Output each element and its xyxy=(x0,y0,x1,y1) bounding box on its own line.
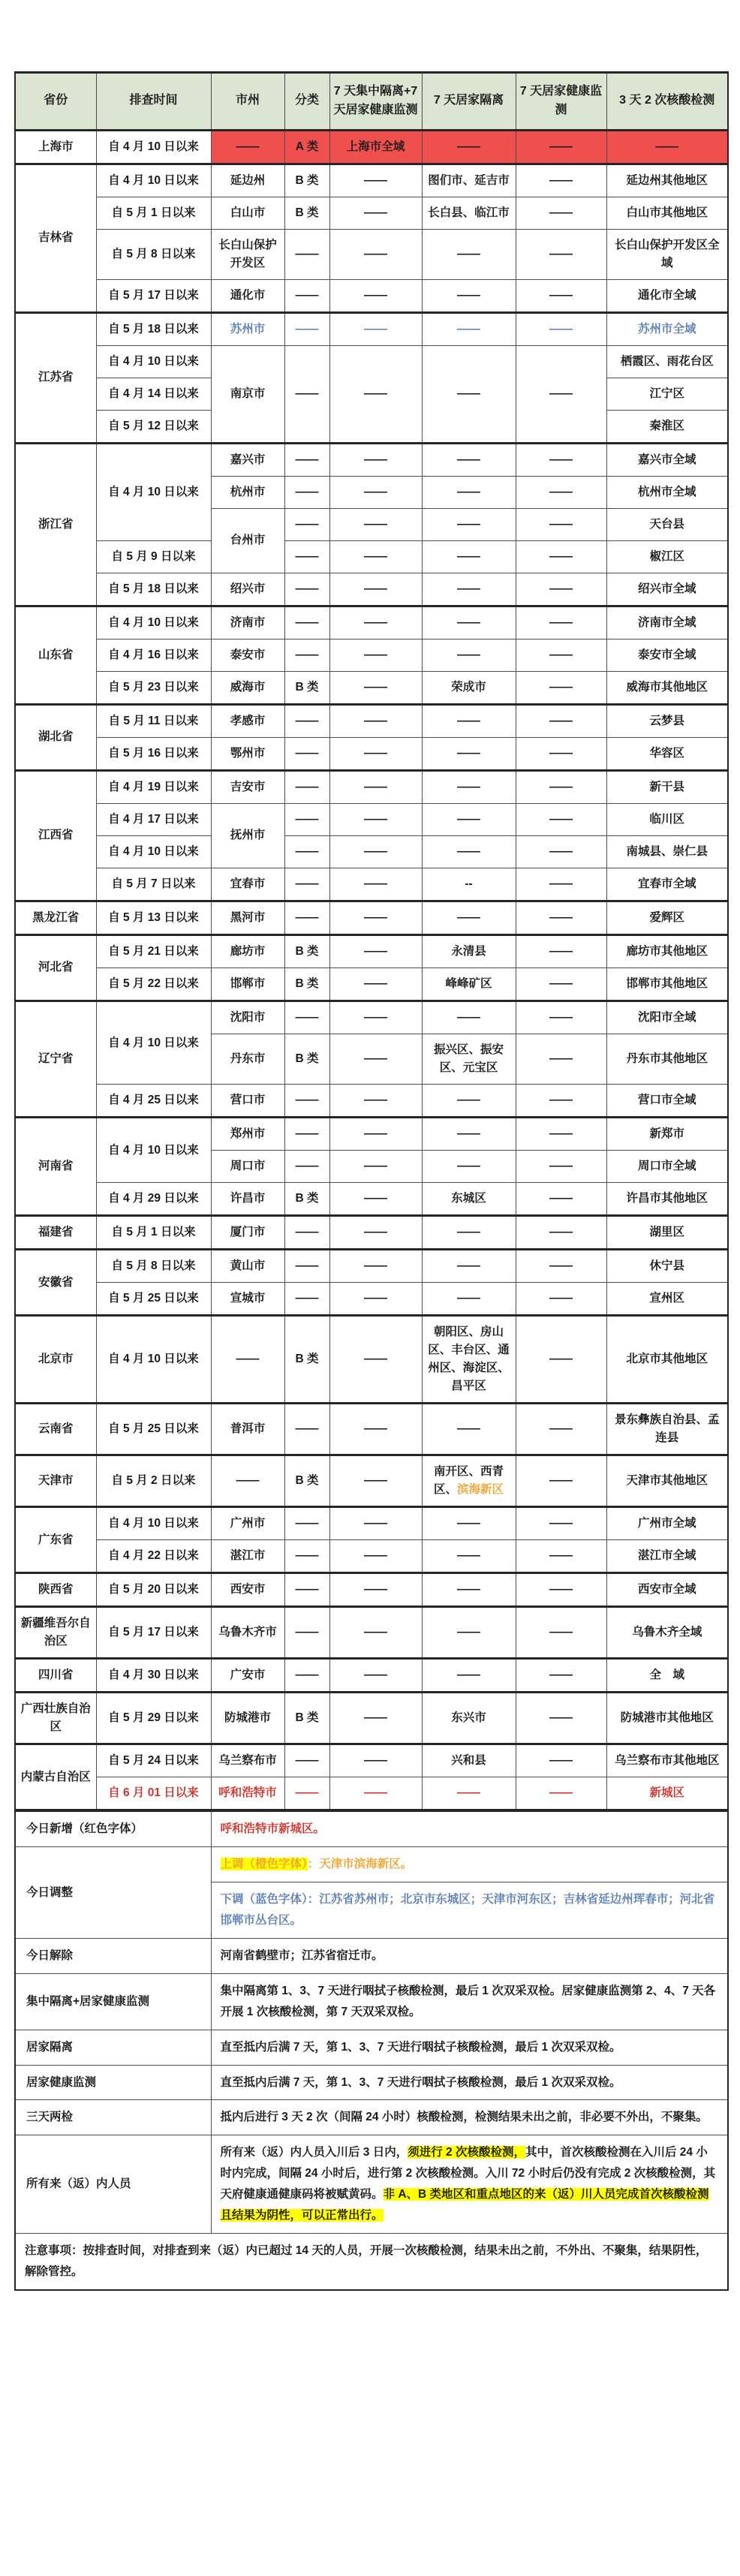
province-cell: 江苏省 xyxy=(15,312,96,443)
date-cell: 自 5 月 2 日以来 xyxy=(96,1455,211,1507)
category-cell: B 类 xyxy=(284,197,329,229)
home-monitoring-cell: —— xyxy=(516,968,606,1001)
nat-cell: 周口市全域 xyxy=(606,1151,728,1183)
central-quarantine-cell: —— xyxy=(329,639,422,671)
city-cell: 绍兴市 xyxy=(211,573,284,606)
home-quarantine-cell: —— xyxy=(422,1118,516,1151)
date-cell: 自 5 月 11 日以来 xyxy=(96,704,211,737)
date-cell: 自 5 月 7 日以来 xyxy=(96,868,211,901)
city-cell: 西安市 xyxy=(211,1573,284,1607)
nat-cell: 济南市全域 xyxy=(606,606,728,639)
home-quarantine-cell: —— xyxy=(422,606,516,639)
central-quarantine-cell: —— xyxy=(329,671,422,704)
row-jiangsu-nanjing-1: 自 4 月 10 日以来 南京市 —— —— —— —— 栖霞区、雨花台区 xyxy=(15,345,728,378)
city-cell: 营口市 xyxy=(211,1085,284,1118)
central-quarantine-cell: —— xyxy=(329,1250,422,1283)
row-shaanxi-xian: 陕西省 自 5 月 20 日以来 西安市 —— —— —— —— 西安市全域 xyxy=(15,1573,728,1607)
city-cell: 黑河市 xyxy=(211,901,284,934)
province-cell: 新疆维吾尔自治区 xyxy=(15,1607,96,1659)
category-cell: B 类 xyxy=(284,934,329,968)
central-quarantine-cell: —— xyxy=(329,868,422,901)
home-quarantine-cell: —— xyxy=(422,1540,516,1573)
central-quarantine-cell: —— xyxy=(329,1777,422,1810)
date-cell: 自 4 月 14 日以来 xyxy=(96,378,211,410)
central-quarantine-rule-label: 集中隔离+居家健康监测 xyxy=(15,1973,211,2030)
row-neimenggu-wulanchabu: 内蒙古自治区 自 5 月 24 日以来 乌兰察布市 —— —— 兴和县 —— 乌… xyxy=(15,1744,728,1777)
adjust-up-value-text: ：天津市滨海新区。 xyxy=(308,1858,413,1870)
home-monitoring-cell: —— xyxy=(516,1540,606,1573)
home-monitoring-rule-label: 居家健康监测 xyxy=(15,2065,211,2100)
home-monitoring-cell: —— xyxy=(516,770,606,803)
home-quarantine-cell: —— xyxy=(422,1216,516,1250)
central-quarantine-cell: —— xyxy=(329,968,422,1001)
home-monitoring-cell: —— xyxy=(516,1507,606,1540)
central-quarantine-cell: —— xyxy=(329,1118,422,1151)
home-monitoring-cell: —— xyxy=(516,1659,606,1693)
home-quarantine-cell: —— xyxy=(422,1151,516,1183)
notes-table: 今日新增（红色字体） 呼和浩特市新城区。 今日调整 上调（橙色字体）：天津市滨海… xyxy=(14,1810,729,2290)
nat-cell: —— xyxy=(606,130,728,164)
category-cell: —— xyxy=(284,1540,329,1573)
province-cell: 河南省 xyxy=(15,1118,96,1216)
nat-cell: 威海市其他地区 xyxy=(606,671,728,704)
category-cell: B 类 xyxy=(284,968,329,1001)
central-quarantine-cell: —— xyxy=(329,1085,422,1118)
city-cell: 广安市 xyxy=(211,1659,284,1693)
row-shanghai: 上海市 自 4 月 10 日以来 —— A 类 上海市全域 —— —— —— xyxy=(15,130,728,164)
home-quarantine-rule-label: 居家隔离 xyxy=(15,2030,211,2065)
row-jilin-yanbian: 吉林省 自 4 月 10 日以来 延边州 B 类 —— 图们市、延吉市 —— 延… xyxy=(15,164,728,197)
date-cell: 自 5 月 1 日以来 xyxy=(96,1216,211,1250)
central-quarantine-cell: —— xyxy=(329,1455,422,1507)
category-cell: —— xyxy=(284,803,329,835)
row-all-arrivals-rule: 所有来（返）内人员 所有来（返）内人员入川后 3 日内，须进行 2 次核酸检测，… xyxy=(15,2135,728,2234)
central-quarantine-rule-value: 集中隔离第 1、3、7 天进行咽拭子核酸检测，最后 1 次双采双检。居家健康监测… xyxy=(211,1973,728,2030)
central-quarantine-cell: —— xyxy=(329,1034,422,1085)
home-quarantine-cell: 朝阳区、房山区、丰台区、通州区、海淀区、昌平区 xyxy=(422,1316,516,1404)
home-quarantine-cell: —— xyxy=(422,770,516,803)
home-quarantine-cell: —— xyxy=(422,835,516,868)
col-header-date: 排查时间 xyxy=(96,73,211,131)
city-cell: 郑州市 xyxy=(211,1118,284,1151)
category-cell: —— xyxy=(284,1283,329,1316)
category-cell: —— xyxy=(284,1250,329,1283)
category-cell: —— xyxy=(284,1744,329,1777)
home-monitoring-cell: —— xyxy=(516,573,606,606)
province-cell: 四川省 xyxy=(15,1659,96,1693)
nat-cell: 绍兴市全域 xyxy=(606,573,728,606)
row-henan-zhengzhou: 河南省 自 4 月 10 日以来 郑州市 —— —— —— —— 新郑市 xyxy=(15,1118,728,1151)
home-monitoring-cell: —— xyxy=(516,1183,606,1216)
nat-cell: 休宁县 xyxy=(606,1250,728,1283)
date-cell: 自 4 月 25 日以来 xyxy=(96,1085,211,1118)
nat-cell: 秦淮区 xyxy=(606,410,728,443)
category-cell: —— xyxy=(284,1118,329,1151)
home-monitoring-cell: —— xyxy=(516,1607,606,1659)
row-beijing: 北京市 自 4 月 10 日以来 —— B 类 —— 朝阳区、房山区、丰台区、通… xyxy=(15,1316,728,1404)
date-cell: 自 4 月 10 日以来 xyxy=(96,1118,211,1183)
row-zhejiang-jiaxing: 浙江省 自 4 月 10 日以来 嘉兴市 —— —— —— —— 嘉兴市全域 xyxy=(15,443,728,476)
nat-cell: 北京市其他地区 xyxy=(606,1316,728,1404)
home-quarantine-cell: —— xyxy=(422,312,516,345)
home-monitoring-cell: —— xyxy=(516,835,606,868)
home-quarantine-cell: —— xyxy=(422,639,516,671)
category-cell: —— xyxy=(284,1001,329,1034)
nat-cell: 延边州其他地区 xyxy=(606,164,728,197)
home-monitoring-cell: —— xyxy=(516,639,606,671)
home-quarantine-cell: —— xyxy=(422,540,516,573)
row-jilin-changbaishan: 自 5 月 8 日以来 长白山保护开发区 —— —— —— —— 长白山保护开发… xyxy=(15,229,728,279)
row-guangxi-fangchenggang: 广西壮族自治区 自 5 月 29 日以来 防城港市 B 类 —— 东兴市 —— … xyxy=(15,1693,728,1744)
row-zhejiang-taizhou-2: 自 5 月 9 日以来 —— —— —— —— 椒江区 xyxy=(15,540,728,573)
row-jiangxi-fuzhou-1: 自 4 月 17 日以来 抚州市 —— —— —— —— 临川区 xyxy=(15,803,728,835)
category-cell: —— xyxy=(284,1573,329,1607)
home-quarantine-cell: —— xyxy=(422,229,516,279)
nat-cell: 云梦县 xyxy=(606,704,728,737)
row-three-day-two-test-rule: 三天两检 抵内后进行 3 天 2 次（间隔 24 小时）核酸检测，检测结果未出之… xyxy=(15,2100,728,2135)
row-sichuan-guangan: 四川省 自 4 月 30 日以来 广安市 —— —— —— —— 全 域 xyxy=(15,1659,728,1693)
central-quarantine-cell: —— xyxy=(329,934,422,968)
province-cell: 黑龙江省 xyxy=(15,901,96,934)
nat-cell: 廊坊市其他地区 xyxy=(606,934,728,968)
adjust-up-prefix-text: 上调（橙色字体） xyxy=(221,1858,308,1870)
home-quarantine-cell: 振兴区、振安区、元宝区 xyxy=(422,1034,516,1085)
city-cell: 乌鲁木齐市 xyxy=(211,1607,284,1659)
date-cell: 自 4 月 10 日以来 xyxy=(96,1001,211,1085)
row-new-today: 今日新增（红色字体） 呼和浩特市新城区。 xyxy=(15,1811,728,1846)
category-cell: B 类 xyxy=(284,1693,329,1744)
home-monitoring-cell: —— xyxy=(516,1085,606,1118)
home-quarantine-cell: —— xyxy=(422,508,516,540)
city-cell: 嘉兴市 xyxy=(211,443,284,476)
home-quarantine-cell: —— xyxy=(422,704,516,737)
province-cell: 内蒙古自治区 xyxy=(15,1744,96,1810)
row-anhui-huangshan: 安徽省 自 5 月 8 日以来 黄山市 —— —— —— —— 休宁县 xyxy=(15,1250,728,1283)
row-guangdong-guangzhou: 广东省 自 4 月 10 日以来 广州市 —— —— —— —— 广州市全域 xyxy=(15,1507,728,1540)
date-cell: 自 4 月 10 日以来 xyxy=(96,1507,211,1540)
all-arrivals-label: 所有来（返）内人员 xyxy=(15,2135,211,2234)
row-anhui-xuancheng: 自 5 月 25 日以来 宣城市 —— —— —— —— 宣州区 xyxy=(15,1283,728,1316)
row-notice: 注意事项：按排查时间，对排查到来（返）内已超过 14 天的人员，开展一次核酸检测… xyxy=(15,2233,728,2289)
date-cell: 自 5 月 18 日以来 xyxy=(96,573,211,606)
adjust-up-value: 上调（橙色字体）：天津市滨海新区。 xyxy=(211,1847,728,1882)
nat-cell: 杭州市全域 xyxy=(606,476,728,508)
date-cell: 自 4 月 10 日以来 xyxy=(96,164,211,197)
nat-cell: 栖霞区、雨花台区 xyxy=(606,345,728,378)
city-cell: 周口市 xyxy=(211,1151,284,1183)
col-header-category: 分类 xyxy=(284,73,329,131)
date-cell: 自 5 月 1 日以来 xyxy=(96,197,211,229)
date-cell: 自 5 月 8 日以来 xyxy=(96,1250,211,1283)
province-cell: 北京市 xyxy=(15,1316,96,1404)
city-cell: 苏州市 xyxy=(211,312,284,345)
date-cell: 自 5 月 24 日以来 xyxy=(96,1744,211,1777)
home-monitoring-cell: —— xyxy=(516,606,606,639)
nat-cell: 沈阳市全域 xyxy=(606,1001,728,1034)
home-quarantine-cell: 东兴市 xyxy=(422,1693,516,1744)
home-quarantine-cell: —— xyxy=(422,130,516,164)
home-quarantine-cell: —— xyxy=(422,737,516,770)
home-monitoring-cell: —— xyxy=(516,934,606,968)
home-quarantine-cell: 峰峰矿区 xyxy=(422,968,516,1001)
home-monitoring-cell: —— xyxy=(516,1283,606,1316)
nat-cell: 邯郸市其他地区 xyxy=(606,968,728,1001)
category-cell: B 类 xyxy=(284,1034,329,1085)
nat-cell: 泰安市全域 xyxy=(606,639,728,671)
home-monitoring-cell: —— xyxy=(516,1744,606,1777)
category-cell: —— xyxy=(284,868,329,901)
category-cell: —— xyxy=(284,1404,329,1455)
home-monitoring-cell: —— xyxy=(516,1455,606,1507)
row-tianjin: 天津市 自 5 月 2 日以来 —— B 类 —— 南开区、西青区、滨海新区 —… xyxy=(15,1455,728,1507)
city-cell: 泰安市 xyxy=(211,639,284,671)
nat-cell: 湛江市全域 xyxy=(606,1540,728,1573)
category-cell: —— xyxy=(284,508,329,540)
row-jiangxi-yichun: 自 5 月 7 日以来 宜春市 —— —— -- —— 宜春市全域 xyxy=(15,868,728,901)
home-quarantine-cell: —— xyxy=(422,1507,516,1540)
nat-cell: 华容区 xyxy=(606,737,728,770)
all-arrivals-highlight-1: 须进行 2 次核酸检测， xyxy=(408,2146,525,2159)
province-cell: 安徽省 xyxy=(15,1250,96,1316)
home-quarantine-rule-value: 直至抵内后满 7 天，第 1、3、7 天进行咽拭子核酸检测，最后 1 次双采双检… xyxy=(211,2030,728,2065)
city-cell: 普洱市 xyxy=(211,1404,284,1455)
city-cell: 防城港市 xyxy=(211,1693,284,1744)
home-monitoring-cell: —— xyxy=(516,1573,606,1607)
three-day-two-test-label: 三天两检 xyxy=(15,2100,211,2135)
row-hubei-ezhou: 自 5 月 16 日以来 鄂州市 —— —— —— —— 华容区 xyxy=(15,737,728,770)
city-cell: —— xyxy=(211,1455,284,1507)
province-cell: 江西省 xyxy=(15,770,96,901)
category-cell: —— xyxy=(284,639,329,671)
date-cell: 自 5 月 20 日以来 xyxy=(96,1573,211,1607)
central-quarantine-cell: —— xyxy=(329,901,422,934)
home-monitoring-cell: —— xyxy=(516,901,606,934)
province-cell: 山东省 xyxy=(15,606,96,704)
home-quarantine-cell: —— xyxy=(422,476,516,508)
city-cell: 通化市 xyxy=(211,279,284,312)
category-cell: —— xyxy=(284,443,329,476)
central-quarantine-cell: —— xyxy=(329,1001,422,1034)
central-quarantine-cell: —— xyxy=(329,1216,422,1250)
home-quarantine-cell: 东城区 xyxy=(422,1183,516,1216)
home-quarantine-cell: 长白县、临江市 xyxy=(422,197,516,229)
date-cell: 自 5 月 29 日以来 xyxy=(96,1693,211,1744)
all-arrivals-value: 所有来（返）内人员入川后 3 日内，须进行 2 次核酸检测，其中，首次核酸检测在… xyxy=(211,2135,728,2234)
nat-cell: 许昌市其他地区 xyxy=(606,1183,728,1216)
row-yunnan-puer: 云南省 自 5 月 25 日以来 普洱市 —— —— —— —— 景东彝族自治县… xyxy=(15,1404,728,1455)
nat-cell: 江宁区 xyxy=(606,378,728,410)
nat-cell: 新郑市 xyxy=(606,1118,728,1151)
city-cell: 吉安市 xyxy=(211,770,284,803)
row-liaoning-yingkou: 自 4 月 25 日以来 营口市 —— —— —— —— 营口市全域 xyxy=(15,1085,728,1118)
category-cell: —— xyxy=(284,1216,329,1250)
date-cell: 自 6 月 01 日以来 xyxy=(96,1777,211,1810)
city-cell: 鄂州市 xyxy=(211,737,284,770)
row-hubei-xiaogan: 湖北省 自 5 月 11 日以来 孝感市 —— —— —— —— 云梦县 xyxy=(15,704,728,737)
province-cell: 上海市 xyxy=(15,130,96,164)
province-cell: 浙江省 xyxy=(15,443,96,606)
date-cell: 自 5 月 25 日以来 xyxy=(96,1283,211,1316)
header-row: 省份 排查时间 市州 分类 7 天集中隔离+7 天居家健康监测 7 天居家隔离 … xyxy=(15,73,728,131)
col-header-city: 市州 xyxy=(211,73,284,131)
home-quarantine-cell: —— xyxy=(422,1085,516,1118)
central-quarantine-cell: —— xyxy=(329,229,422,279)
adjust-down-value: 下调（蓝色字体）：江苏省苏州市；北京市东城区；天津市河东区；吉林省延边州珲春市；… xyxy=(211,1882,728,1939)
city-cell: —— xyxy=(211,1316,284,1404)
nat-cell: 景东彝族自治县、孟连县 xyxy=(606,1404,728,1455)
central-quarantine-cell: —— xyxy=(329,1540,422,1573)
home-quarantine-cell: 图们市、延吉市 xyxy=(422,164,516,197)
release-value: 河南省鹤壁市；江苏省宿迁市。 xyxy=(211,1939,728,1974)
city-cell: 宜春市 xyxy=(211,868,284,901)
category-cell: —— xyxy=(284,770,329,803)
home-quarantine-cell: —— xyxy=(422,345,516,443)
province-cell: 云南省 xyxy=(15,1404,96,1455)
province-cell: 吉林省 xyxy=(15,164,96,312)
central-quarantine-cell: —— xyxy=(329,197,422,229)
category-cell: B 类 xyxy=(284,1316,329,1404)
home-quarantine-cell: —— xyxy=(422,279,516,312)
category-cell: B 类 xyxy=(284,671,329,704)
date-cell: 自 4 月 29 日以来 xyxy=(96,1183,211,1216)
page: 省份 排查时间 市州 分类 7 天集中隔离+7 天居家健康监测 7 天居家隔离 … xyxy=(0,0,740,2291)
city-cell: 台州市 xyxy=(211,508,284,573)
category-cell: B 类 xyxy=(284,164,329,197)
date-cell: 自 4 月 19 日以来 xyxy=(96,770,211,803)
city-cell: 厦门市 xyxy=(211,1216,284,1250)
three-day-two-test-value: 抵内后进行 3 天 2 次（间隔 24 小时）核酸检测，检测结果未出之前，非必要… xyxy=(211,2100,728,2135)
central-quarantine-cell: —— xyxy=(329,443,422,476)
central-quarantine-cell: —— xyxy=(329,312,422,345)
city-cell: 抚州市 xyxy=(211,803,284,868)
category-cell: —— xyxy=(284,835,329,868)
home-quarantine-cell: —— xyxy=(422,1404,516,1455)
home-monitoring-cell: —— xyxy=(516,1034,606,1085)
adjust-label: 今日调整 xyxy=(15,1847,211,1939)
city-cell: 沈阳市 xyxy=(211,1001,284,1034)
new-today-label: 今日新增（红色字体） xyxy=(15,1811,211,1846)
city-cell: —— xyxy=(211,130,284,164)
category-cell: A 类 xyxy=(284,130,329,164)
category-cell: —— xyxy=(284,1777,329,1810)
date-cell: 自 5 月 17 日以来 xyxy=(96,279,211,312)
date-cell: 自 4 月 10 日以来 xyxy=(96,443,211,540)
province-cell: 天津市 xyxy=(15,1455,96,1507)
home-quarantine-cell: —— xyxy=(422,573,516,606)
province-cell: 河北省 xyxy=(15,934,96,1001)
home-quarantine-cell: —— xyxy=(422,803,516,835)
date-cell: 自 4 月 10 日以来 xyxy=(96,130,211,164)
central-quarantine-cell: —— xyxy=(329,540,422,573)
city-cell: 延边州 xyxy=(211,164,284,197)
date-cell: 自 4 月 10 日以来 xyxy=(96,606,211,639)
nat-cell: 爱辉区 xyxy=(606,901,728,934)
row-shandong-jinan: 山东省 自 4 月 10 日以来 济南市 —— —— —— —— 济南市全域 xyxy=(15,606,728,639)
nat-cell: 嘉兴市全域 xyxy=(606,443,728,476)
category-cell: —— xyxy=(284,573,329,606)
date-cell: 自 4 月 16 日以来 xyxy=(96,639,211,671)
col-header-home-quarantine: 7 天居家隔离 xyxy=(422,73,516,131)
home-monitoring-cell: —— xyxy=(516,345,606,443)
city-cell: 宣城市 xyxy=(211,1283,284,1316)
central-quarantine-cell: 上海市全域 xyxy=(329,130,422,164)
date-cell: 自 5 月 13 日以来 xyxy=(96,901,211,934)
category-cell: —— xyxy=(284,1151,329,1183)
row-central-quarantine-rule: 集中隔离+居家健康监测 集中隔离第 1、3、7 天进行咽拭子核酸检测，最后 1 … xyxy=(15,1973,728,2030)
central-quarantine-cell: —— xyxy=(329,770,422,803)
home-monitoring-cell: —— xyxy=(516,1216,606,1250)
nat-cell: 苏州市全域 xyxy=(606,312,728,345)
category-cell: —— xyxy=(284,1507,329,1540)
home-quarantine-cell: —— xyxy=(422,443,516,476)
nat-cell: 新城区 xyxy=(606,1777,728,1810)
nat-cell: 临川区 xyxy=(606,803,728,835)
home-quarantine-cell: —— xyxy=(422,1283,516,1316)
home-monitoring-cell: —— xyxy=(516,130,606,164)
central-quarantine-cell: —— xyxy=(329,476,422,508)
category-cell: —— xyxy=(284,606,329,639)
col-header-province: 省份 xyxy=(15,73,96,131)
home-monitoring-cell: —— xyxy=(516,229,606,279)
home-monitoring-cell: —— xyxy=(516,737,606,770)
home-monitoring-cell: —— xyxy=(516,1693,606,1744)
category-cell: —— xyxy=(284,345,329,443)
home-monitoring-cell: —— xyxy=(516,1316,606,1404)
central-quarantine-cell: —— xyxy=(329,835,422,868)
home-monitoring-cell: —— xyxy=(516,803,606,835)
central-quarantine-cell: —— xyxy=(329,1693,422,1744)
row-hebei-handan: 自 5 月 22 日以来 邯郸市 B 类 —— 峰峰矿区 —— 邯郸市其他地区 xyxy=(15,968,728,1001)
quarantine-policy-table: 省份 排查时间 市州 分类 7 天集中隔离+7 天居家健康监测 7 天居家隔离 … xyxy=(14,71,729,1810)
date-cell: 自 5 月 23 日以来 xyxy=(96,671,211,704)
home-quarantine-cell: 荣成市 xyxy=(422,671,516,704)
row-adjust-up: 今日调整 上调（橙色字体）：天津市滨海新区。 xyxy=(15,1847,728,1882)
date-cell: 自 5 月 16 日以来 xyxy=(96,737,211,770)
date-cell: 自 5 月 22 日以来 xyxy=(96,968,211,1001)
row-henan-xuchang: 自 4 月 29 日以来 许昌市 B 类 —— 东城区 —— 许昌市其他地区 xyxy=(15,1183,728,1216)
home-monitoring-cell: —— xyxy=(516,1777,606,1810)
home-monitoring-cell: —— xyxy=(516,1404,606,1455)
row-guangdong-zhanjiang: 自 4 月 22 日以来 湛江市 —— —— —— —— 湛江市全域 xyxy=(15,1540,728,1573)
city-cell: 南京市 xyxy=(211,345,284,443)
city-cell: 廊坊市 xyxy=(211,934,284,968)
home-quarantine-cell: -- xyxy=(422,868,516,901)
date-cell: 自 5 月 9 日以来 xyxy=(96,540,211,573)
central-quarantine-cell: —— xyxy=(329,1573,422,1607)
city-cell: 邯郸市 xyxy=(211,968,284,1001)
nat-cell: 天津市其他地区 xyxy=(606,1455,728,1507)
home-quarantine-cell: —— xyxy=(422,1607,516,1659)
city-cell: 黄山市 xyxy=(211,1250,284,1283)
home-monitoring-cell: —— xyxy=(516,476,606,508)
category-cell: —— xyxy=(284,229,329,279)
home-quarantine-cell: 永清县 xyxy=(422,934,516,968)
home-monitoring-cell: —— xyxy=(516,1250,606,1283)
date-cell: 自 4 月 10 日以来 xyxy=(96,1316,211,1404)
date-cell: 自 5 月 25 日以来 xyxy=(96,1404,211,1455)
city-cell: 孝感市 xyxy=(211,704,284,737)
nat-cell: 西安市全域 xyxy=(606,1573,728,1607)
home-monitoring-rule-value: 直至抵内后满 7 天，第 1、3、7 天进行咽拭子核酸检测，最后 1 次双采双检… xyxy=(211,2065,728,2100)
row-heilongjiang-heihe: 黑龙江省 自 5 月 13 日以来 黑河市 —— —— —— —— 爱辉区 xyxy=(15,901,728,934)
date-cell: 自 4 月 10 日以来 xyxy=(96,835,211,868)
home-monitoring-cell: —— xyxy=(516,540,606,573)
central-quarantine-cell: —— xyxy=(329,345,422,443)
city-cell: 白山市 xyxy=(211,197,284,229)
category-cell: —— xyxy=(284,312,329,345)
date-cell: 自 4 月 17 日以来 xyxy=(96,803,211,835)
category-cell: —— xyxy=(284,1085,329,1118)
